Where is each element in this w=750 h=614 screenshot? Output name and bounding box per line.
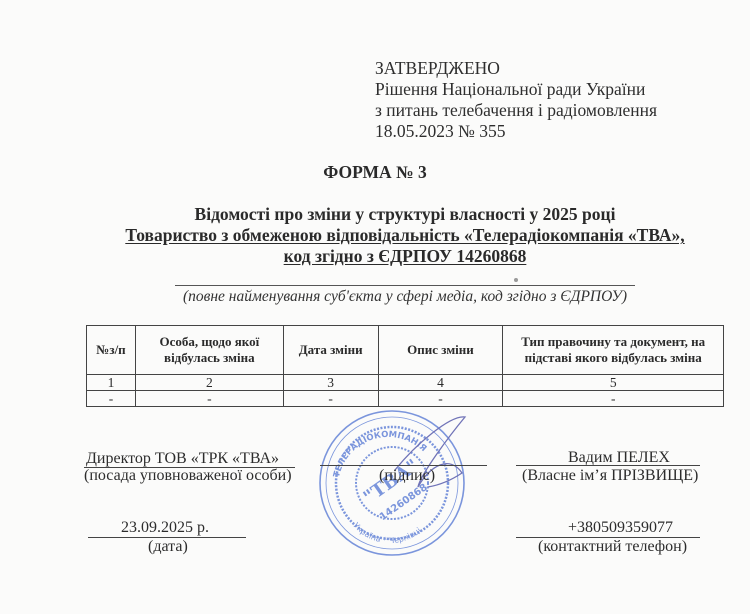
signature-caption: (підпис) <box>379 467 435 485</box>
header-transaction-type: Тип правочину та документ, на підставі я… <box>503 326 724 375</box>
entity-code: код згідно з ЄДРПОУ 14260868 <box>284 246 527 266</box>
column-number: 5 <box>503 375 724 391</box>
position-value: Директор ТОВ «ТРК «ТВА» <box>86 450 279 468</box>
table-row: - - - - - <box>87 391 724 407</box>
signing-date: 23.09.2025 р. <box>121 519 209 537</box>
approval-authority: Рішення Національної ради України <box>375 79 657 100</box>
header-date: Дата зміни <box>283 326 378 375</box>
column-number: 2 <box>135 375 283 391</box>
header-description: Опис зміни <box>378 326 503 375</box>
speck-mark <box>514 278 518 282</box>
table-cell: - <box>135 391 283 407</box>
phone-caption: (контактний телефон) <box>538 538 687 556</box>
table-cell: - <box>87 391 136 407</box>
document-title: Відомості про зміни у структурі власност… <box>0 204 750 225</box>
date-caption: (дата) <box>148 538 188 556</box>
contact-phone: +380509359077 <box>568 519 673 537</box>
ownership-changes-table: №з/п Особа, щодо якої відбулась зміна Да… <box>86 325 724 407</box>
approval-block: ЗАТВЕРДЖЕНО Рішення Національної ради Ук… <box>375 58 657 142</box>
table-cell: - <box>503 391 724 407</box>
svg-text:Україна * Чернівці: Україна * Чернівці <box>351 521 422 545</box>
name-line <box>516 465 700 466</box>
entity-name: Товариство з обмеженою відповідальність … <box>125 225 684 245</box>
form-title: ФОРМА № 3 <box>0 162 750 183</box>
column-number: 1 <box>87 375 136 391</box>
table-cell: - <box>283 391 378 407</box>
header-number: №з/п <box>87 326 136 375</box>
approval-date-number: 18.05.2023 № 355 <box>375 121 657 142</box>
entity-underline <box>175 285 635 286</box>
table-header-row: №з/п Особа, щодо якої відбулась зміна Да… <box>87 326 724 375</box>
document-title-block: Відомості про зміни у структурі власност… <box>0 204 750 267</box>
column-number-row: 1 2 3 4 5 <box>87 375 724 391</box>
column-number: 3 <box>283 375 378 391</box>
header-person: Особа, щодо якої відбулась зміна <box>135 326 283 375</box>
entity-caption: (повне найменування суб'єкта у сфері мед… <box>0 288 750 306</box>
approval-heading: ЗАТВЕРДЖЕНО <box>375 58 657 79</box>
stamp-bottom-text: Україна * Чернівці <box>351 521 422 545</box>
stamp-code: 14260868 <box>378 482 430 523</box>
table-cell: - <box>378 391 503 407</box>
position-caption: (посада уповноваженої особи) <box>84 467 292 485</box>
signature-line <box>320 465 487 466</box>
approval-authority-line2: з питань телебачення і радіомовлення <box>375 100 657 121</box>
column-number: 4 <box>378 375 503 391</box>
name-caption: (Власне ім’я ПРІЗВИЩЕ) <box>522 467 698 485</box>
